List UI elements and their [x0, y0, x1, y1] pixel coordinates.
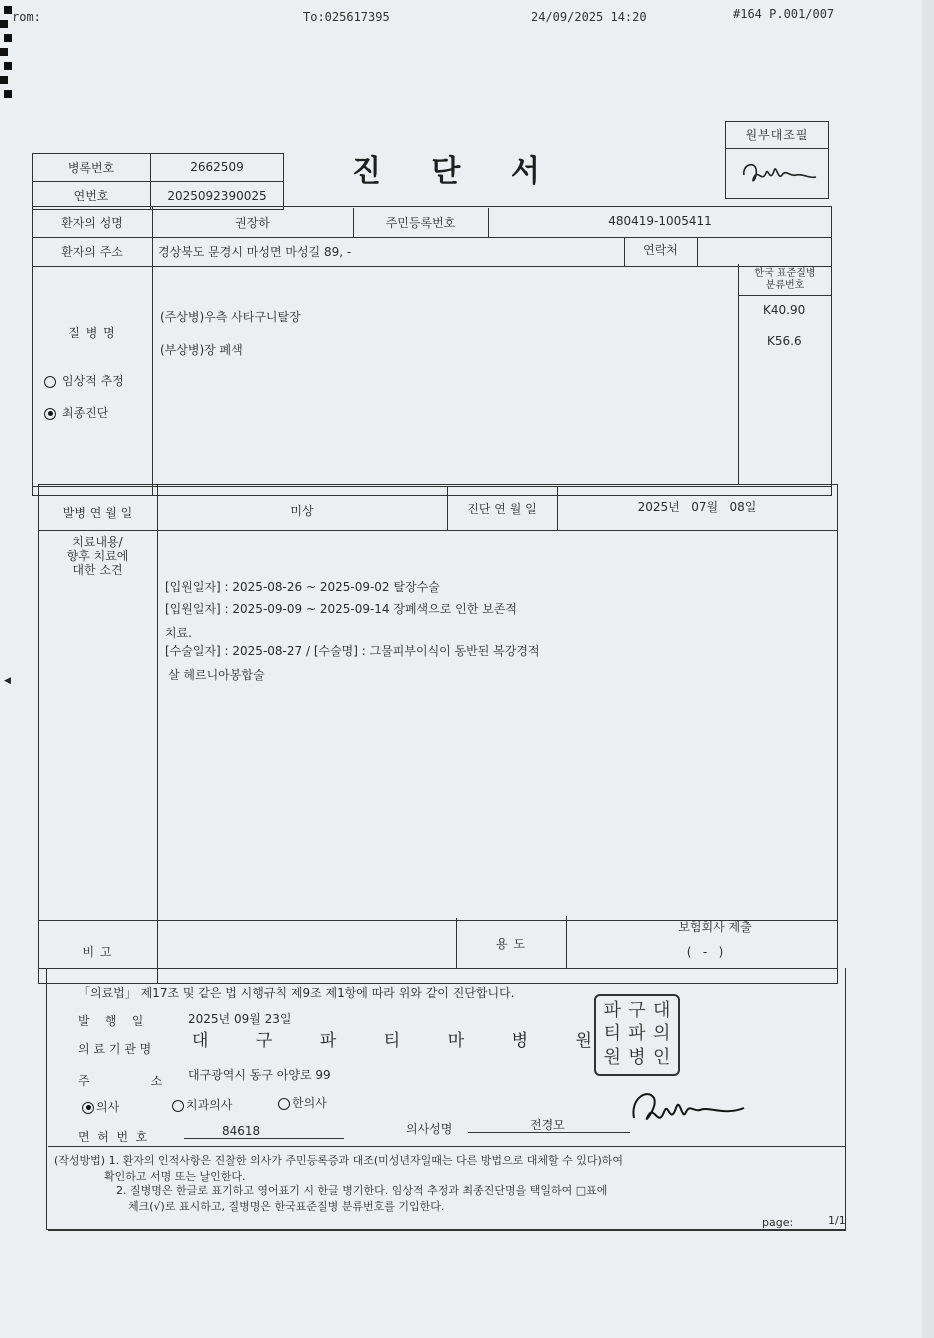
- institution-char: 티: [384, 1026, 400, 1051]
- doctor-name-value: 전경모: [530, 1116, 565, 1133]
- seal-char: 파: [625, 1023, 650, 1046]
- treatment-label-line: 대한 소견: [72, 563, 122, 577]
- seal-char: 원: [600, 1047, 625, 1070]
- fax-header: rom: To:025617395 24/09/2025 14:20 #164 …: [0, 10, 900, 30]
- page-label: page:: [762, 1216, 793, 1229]
- fax-from: rom:: [12, 10, 41, 24]
- instruction-line-3: 2. 질병명은 한글로 표기하고 영어표기 시 한글 병기한다. 임상적 추정과…: [116, 1182, 607, 1198]
- onset-date-value: 미상: [157, 492, 447, 528]
- seal-char: 파: [600, 1000, 625, 1023]
- radio-final-diagnosis[interactable]: [44, 408, 56, 420]
- institution-label: 의 료 기 관 명: [78, 1040, 151, 1057]
- secondary-diagnosis-code: K56.6: [767, 334, 802, 348]
- address-label: 환자의 주소: [32, 237, 152, 266]
- institution-char: 원: [576, 1026, 592, 1051]
- diagnosis-date-label: 진단 연 월 일: [447, 490, 557, 526]
- document-title: 진 단 서: [352, 146, 560, 190]
- doctor-name-label: 의사성명: [406, 1120, 452, 1137]
- primary-diagnosis-code: K40.90: [763, 303, 805, 317]
- rrn-label: 주민등록번호: [353, 208, 488, 237]
- disease-label: 질 병 명: [32, 318, 152, 346]
- seal-char: 구: [625, 1000, 650, 1023]
- certification-statement: 「의료법」 제17조 및 같은 법 시행규칙 제9조 제1항에 따라 위와 같이…: [78, 984, 514, 1001]
- contact-value: [697, 235, 832, 264]
- patient-name-label: 환자의 성명: [32, 208, 152, 237]
- institution-char: 병: [512, 1026, 528, 1051]
- institution-char: 마: [448, 1026, 464, 1051]
- institution-char: 파: [320, 1026, 336, 1051]
- rrn-value: 480419-1005411: [488, 206, 832, 235]
- hospital-seal-icon: 파 구 대 티 파 의 원 병 인: [594, 994, 680, 1076]
- doctor-type-dentist[interactable]: 치과의사: [172, 1096, 232, 1113]
- fax-datetime: 24/09/2025 14:20: [531, 10, 647, 24]
- treatment-label-line: 향후 치료에: [67, 549, 129, 563]
- kcd-label-line2: 분류번호: [766, 280, 805, 292]
- treatment-line: [입원일자] : 2025-08-26 ~ 2025-09-02 탈장수술: [165, 578, 440, 595]
- page-marker-icon: ◀: [4, 676, 11, 686]
- seal-char: 티: [600, 1023, 625, 1046]
- option-label: 최종진단: [62, 406, 108, 420]
- purpose-sub: ( - ): [600, 940, 810, 964]
- institution-name: 대 구 파 티 마 병 원: [192, 1026, 592, 1051]
- purpose-value: 보험회사 제출: [600, 914, 830, 938]
- instruction-line-1: (작성방법) 1. 환자의 인적사항은 진찰한 의사가 주민등록증과 대조(미성…: [54, 1152, 623, 1168]
- contact-label: 연락처: [624, 235, 697, 264]
- radio-dentist[interactable]: [172, 1100, 184, 1112]
- doctor-type-label: 의사: [96, 1100, 119, 1114]
- option-clinical-estimate[interactable]: 임상적 추정: [44, 372, 124, 389]
- primary-diagnosis: (주상병)우측 사타구니탈장: [160, 308, 301, 325]
- treatment-line: 살 헤르니아봉합술: [168, 666, 265, 683]
- treatment-line: [수술일자] : 2025-08-27 / [수술명] : 그물피부이식이 동반…: [165, 642, 540, 659]
- instruction-line-4: 체크(√)로 표시하고, 질병명은 한국표준질병 분류번호를 기입한다.: [128, 1198, 444, 1214]
- doctor-type-label: 치과의사: [186, 1098, 232, 1112]
- remarks-value: [157, 922, 456, 966]
- fax-page-ref: #164 P.001/007: [733, 7, 834, 21]
- treatment-line: 치료.: [165, 624, 192, 641]
- chart-no-label: 병록번호: [32, 153, 150, 181]
- seal-char: 병: [625, 1047, 650, 1070]
- secondary-diagnosis: (부상병)장 폐색: [160, 341, 243, 358]
- institution-char: 대: [192, 1026, 208, 1051]
- radio-doctor[interactable]: [82, 1102, 94, 1114]
- kcd-header: 한국 표준질병 분류번호: [738, 265, 832, 295]
- patient-name-value: 권장하: [152, 208, 353, 237]
- license-label: 면 허 번 호: [78, 1128, 147, 1145]
- treatment-label: 치료내용/ 향후 치료에 대한 소견: [38, 534, 157, 578]
- treatment-line: [입원일자] : 2025-09-09 ~ 2025-09-14 장폐색으로 인…: [165, 600, 517, 617]
- seal-char: 의: [649, 1023, 674, 1046]
- doctor-signature-icon: [628, 1082, 748, 1134]
- treatment-table: [38, 484, 838, 984]
- diagnosis-date-value: 2025년 07월 08일: [557, 488, 837, 524]
- option-final-diagnosis[interactable]: 최종진단: [44, 404, 108, 421]
- issue-date-value: 2025년 09월 23일: [188, 1010, 291, 1027]
- seal-char: 인: [649, 1047, 674, 1070]
- onset-date-label: 발병 연 월 일: [38, 494, 157, 530]
- chart-no-value: 2662509: [150, 153, 284, 181]
- option-label: 임상적 추정: [62, 374, 124, 388]
- seal-char: 대: [649, 1000, 674, 1023]
- radio-clinical-estimate[interactable]: [44, 376, 56, 388]
- fax-to: To:025617395: [303, 10, 390, 24]
- treatment-label-line: 치료내용/: [72, 535, 122, 549]
- issue-date-label: 발 행 일: [78, 1012, 143, 1029]
- doctor-type-oriental[interactable]: 한의사: [278, 1094, 327, 1111]
- signature-icon: [740, 155, 820, 191]
- radio-oriental-doctor[interactable]: [278, 1098, 290, 1110]
- institution-address-label: 주 소: [78, 1072, 162, 1089]
- address-value: 경상북도 문경시 마성면 마성길 89, -: [158, 237, 624, 266]
- doctor-type-label: 한의사: [292, 1096, 327, 1110]
- institution-char: 구: [256, 1026, 272, 1051]
- page-edge: [922, 0, 934, 1338]
- remarks-label: 비 고: [38, 936, 157, 966]
- page-value: 1/1: [828, 1214, 846, 1227]
- license-value: 84618: [222, 1124, 260, 1138]
- institution-address-value: 대구광역시 동구 아양로 99: [188, 1066, 331, 1083]
- original-check-label: 원부대조필: [725, 121, 829, 148]
- kcd-label-line1: 한국 표준질병: [754, 268, 815, 280]
- purpose-label: 용 도: [456, 928, 566, 958]
- doctor-type-doctor[interactable]: 의사: [82, 1098, 119, 1115]
